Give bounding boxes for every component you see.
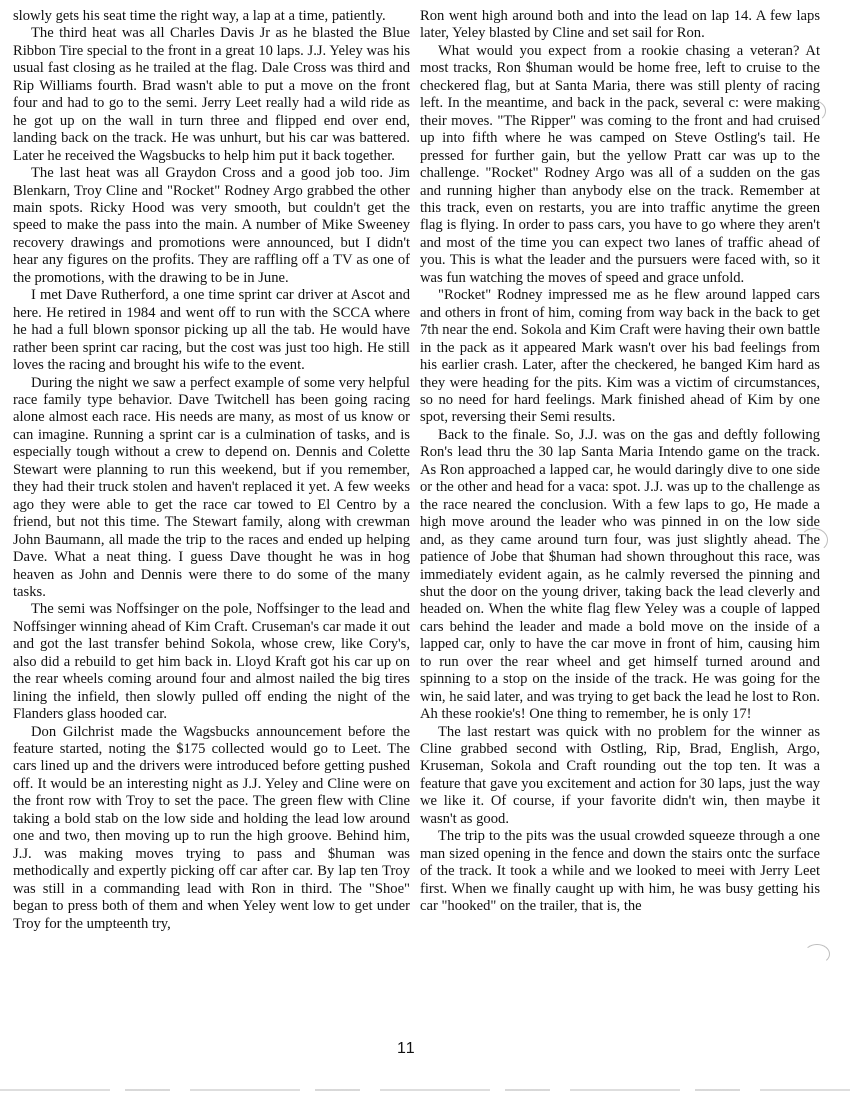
left-column: slowly gets his seat time the right way,… [13, 8, 410, 933]
paragraph: During the night we saw a perfect exampl… [13, 375, 410, 602]
paragraph: slowly gets his seat time the right way,… [13, 8, 410, 25]
paragraph: The last restart was quick with no probl… [420, 724, 820, 829]
paragraph: I met Dave Rutherford, a one time sprint… [13, 287, 410, 374]
right-column: Ron went high around both and into the l… [420, 8, 820, 916]
paragraph: The last heat was all Graydon Cross and … [13, 165, 410, 287]
paragraph: The semi was Noffsinger on the pole, Nof… [13, 601, 410, 723]
scan-artifact-mark [804, 944, 830, 964]
page-number: 11 [397, 1040, 416, 1058]
paragraph: "Rocket" Rodney impressed me as he flew … [420, 287, 820, 427]
scan-artifact-mark [800, 100, 826, 122]
document-page: slowly gets his seat time the right way,… [0, 0, 850, 1100]
bottom-edge-rule [0, 1089, 850, 1091]
paragraph: Ron went high around both and into the l… [420, 8, 820, 43]
paragraph: The third heat was all Charles Davis Jr … [13, 25, 410, 165]
scan-artifact-mark [800, 528, 828, 552]
paragraph: What would you expect from a rookie chas… [420, 43, 820, 287]
paragraph: Don Gilchrist made the Wagsbucks announc… [13, 724, 410, 933]
paragraph: The trip to the pits was the usual crowd… [420, 828, 820, 915]
paragraph: Back to the finale. So, J.J. was on the … [420, 427, 820, 724]
